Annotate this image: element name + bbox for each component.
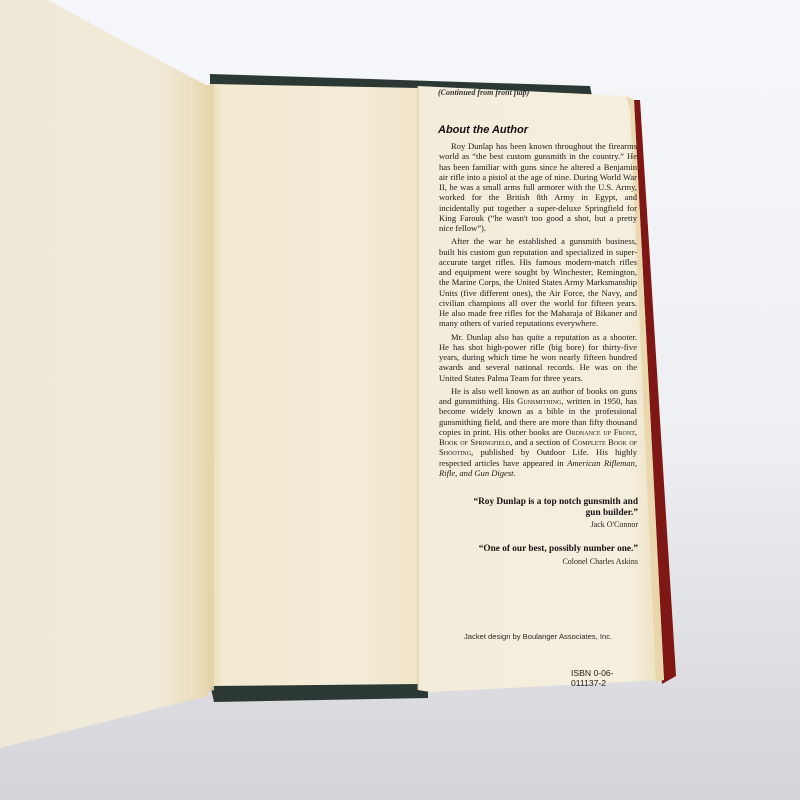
- book-title: Book of Springfield: [439, 437, 510, 447]
- continued-note: (Continued from front flap): [438, 88, 529, 97]
- endpaper: [210, 84, 420, 686]
- quote-attribution-oconnor: Jack O'Connor: [591, 520, 638, 529]
- book-title: Gunsmithing: [517, 396, 561, 406]
- book-scene: [0, 0, 800, 800]
- quote-attribution-askins: Colonel Charles Askins: [562, 557, 638, 566]
- jacket-flap: (Continued from front flap) About the Au…: [420, 86, 632, 686]
- book-title: Ordnance up Front: [565, 427, 634, 437]
- bio-text: , and a section of: [510, 437, 572, 447]
- author-bio: Roy Dunlap has been known throughout the…: [439, 141, 637, 481]
- about-author-heading: About the Author: [438, 124, 528, 136]
- quote-oconnor: “Roy Dunlap is a top notch gunsmith and …: [468, 497, 638, 519]
- quote-askins: “One of our best, possibly number one.”: [428, 544, 638, 555]
- flyleaf-page: [0, 0, 208, 748]
- isbn: ISBN 0-06-011137-2: [571, 668, 632, 688]
- bio-paragraph-3: Mr. Dunlap also has quite a reputation a…: [439, 332, 637, 383]
- bio-text: .: [514, 468, 516, 478]
- bio-paragraph-1: Roy Dunlap has been known throughout the…: [439, 141, 637, 233]
- bio-paragraph-4: He is also well known as an author of bo…: [439, 386, 637, 478]
- jacket-design-credit: Jacket design by Boulanger Associates, I…: [464, 632, 612, 641]
- bio-text: ,: [635, 427, 637, 437]
- bio-paragraph-2: After the war he established a gunsmith …: [439, 236, 637, 328]
